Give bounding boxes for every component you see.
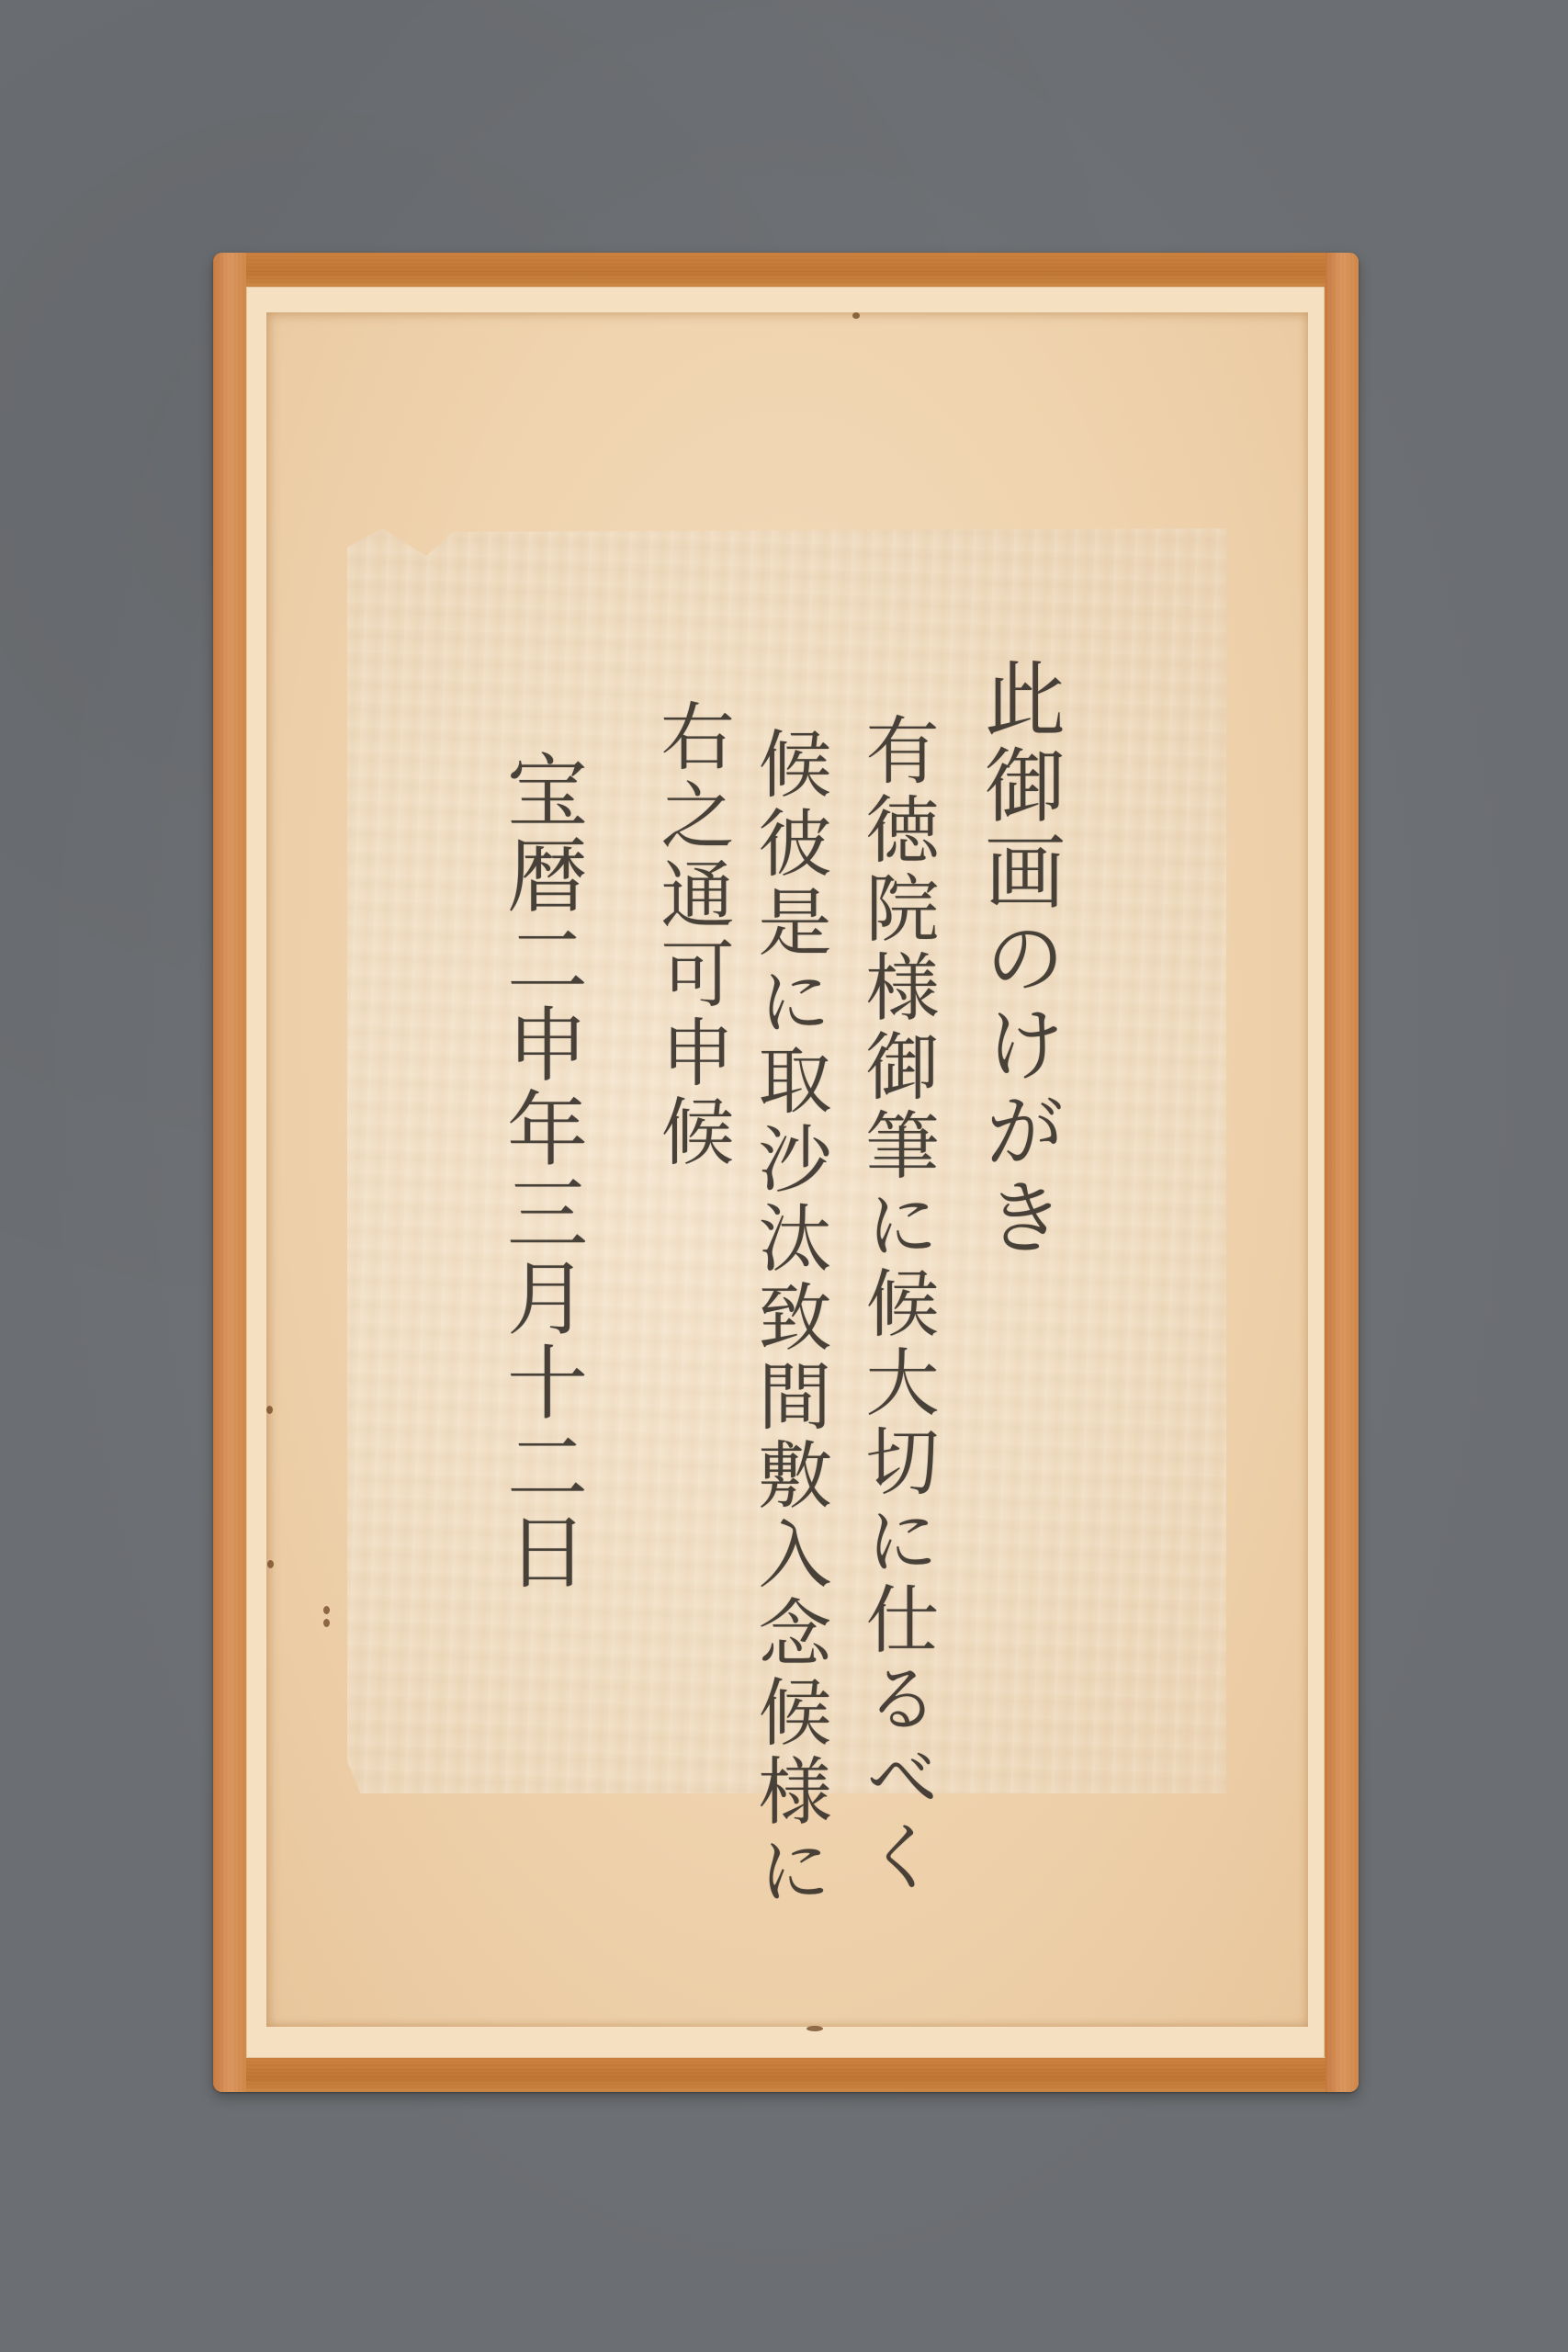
box-right-rail bbox=[1325, 253, 1359, 2092]
text-column-4: 右之通可申候 bbox=[654, 698, 728, 1172]
text-column-2: 有徳院様御筆に候大切に仕るべく bbox=[859, 712, 932, 1897]
wormhole-speck bbox=[266, 1406, 273, 1414]
stain-speck bbox=[852, 312, 860, 319]
wormhole-speck bbox=[323, 1619, 330, 1627]
box-left-rail bbox=[213, 253, 246, 2092]
date-column: 宝暦二申年三月十二日 bbox=[501, 749, 581, 1594]
wormhole-speck bbox=[267, 1560, 274, 1568]
box-bottom-rail bbox=[246, 2057, 1325, 2092]
text-column-3: 候彼是に取沙汰致間敷入念候様に bbox=[751, 726, 825, 1911]
stain-speck bbox=[807, 2026, 823, 2031]
wormhole-speck bbox=[323, 1606, 330, 1614]
box-top-rail bbox=[246, 253, 1325, 288]
text-column-1: 此御画のけがき bbox=[978, 657, 1059, 1261]
